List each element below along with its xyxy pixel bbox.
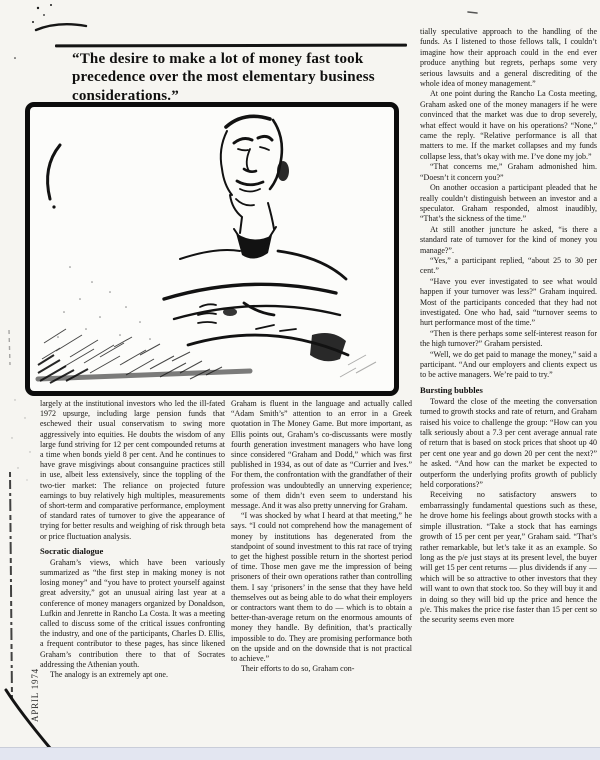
body-paragraph: “Yes,” a participant replied, “about 25 …: [420, 256, 597, 277]
body-paragraph: The analogy is an extremely apt one.: [40, 670, 225, 680]
body-paragraph: Receiving no satisfactory answers to emb…: [420, 490, 597, 625]
body-paragraph: At one point during the Rancho La Costa …: [420, 89, 597, 162]
body-paragraph: Graham’s views, which have been variousl…: [40, 558, 225, 670]
body-paragraph: “Then is there perhaps some self-interes…: [420, 329, 597, 350]
body-paragraph: “I was shocked by what I heard at that m…: [231, 511, 412, 664]
issue-date-sidebar: APRIL 1974: [30, 668, 40, 722]
body-paragraph: “Have you ever investigated to see what …: [420, 277, 597, 329]
body-paragraph: Toward the close of the meeting the conv…: [420, 397, 597, 491]
portrait-sketch: [30, 107, 394, 391]
body-paragraph: “That concerns me,” Graham admonished hi…: [420, 162, 597, 183]
body-column-left: largely at the institutional investors w…: [40, 399, 225, 746]
scan-bed-strip: [0, 747, 600, 760]
section-heading-bursting-bubbles: Bursting bubbles: [420, 385, 597, 395]
portrait-photo: [25, 102, 399, 396]
pull-quote: “The desire to make a lot of money fast …: [72, 50, 408, 105]
body-paragraph: largely at the institutional investors w…: [40, 399, 225, 542]
body-column-middle: Graham is fluent in the language and act…: [231, 399, 412, 746]
body-column-right: tially speculative approach to the handl…: [420, 27, 597, 746]
pull-quote-top-rule: [55, 44, 407, 47]
body-paragraph: Graham is fluent in the language and act…: [231, 399, 412, 511]
section-heading-socratic-dialogue: Socratic dialogue: [40, 546, 225, 556]
body-paragraph: Their efforts to do so, Graham con-: [231, 664, 412, 674]
body-paragraph: “Well, we do get paid to manage the mone…: [420, 350, 597, 381]
body-paragraph: tially speculative approach to the handl…: [420, 27, 597, 89]
body-paragraph: On another occasion a participant pleade…: [420, 183, 597, 225]
body-paragraph: At still another juncture he asked, “is …: [420, 225, 597, 256]
